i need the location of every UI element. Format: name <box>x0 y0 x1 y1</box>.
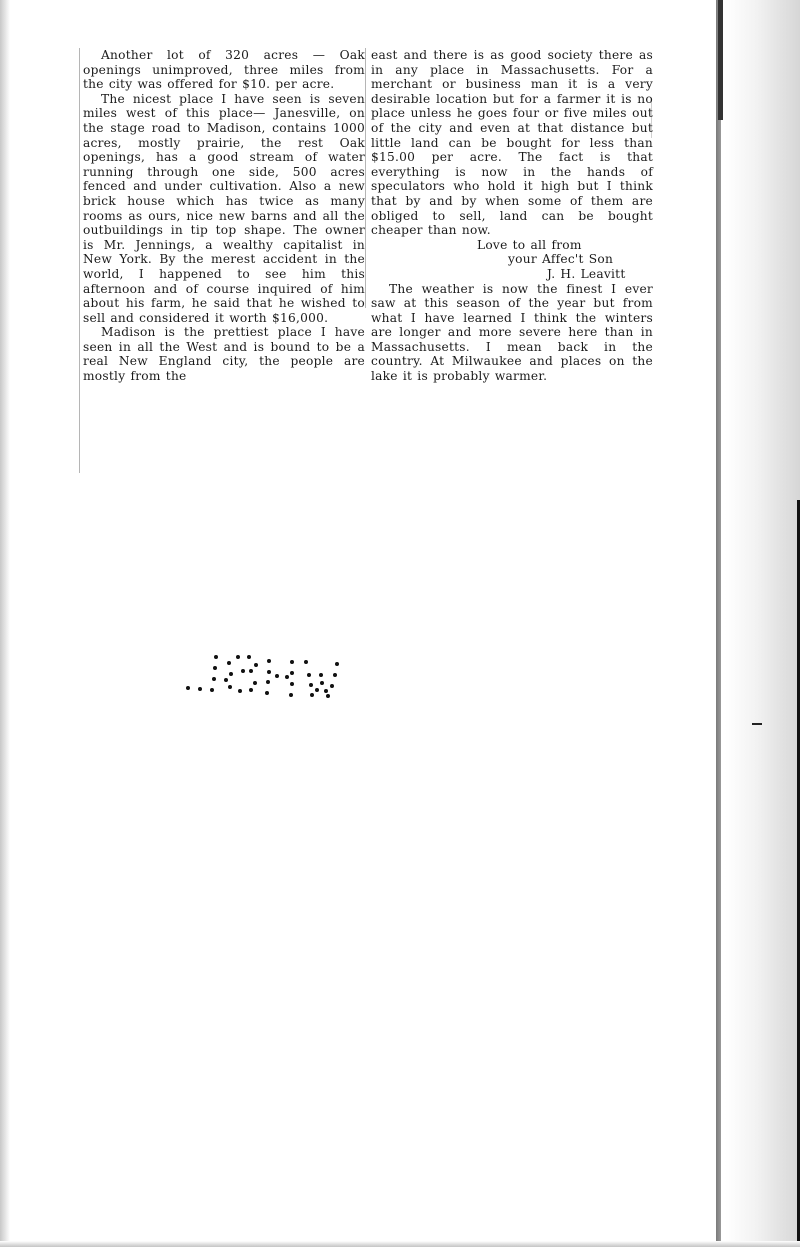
paragraph-janesville-farm: The nicest place I have seen is seven mi… <box>83 92 365 326</box>
right-column: east and there is as good society there … <box>371 48 653 384</box>
closing-line-2: your Affec't Son <box>371 252 653 267</box>
paragraph-society: east and there is as good society there … <box>371 48 653 238</box>
column-rule-left <box>79 48 80 473</box>
paragraph-postscript-weather: The weather is now the finest I ever saw… <box>371 282 653 384</box>
page-binding-line <box>716 0 721 1247</box>
column-rule-middle <box>365 48 366 308</box>
scan-right-shade <box>725 0 800 1247</box>
left-column: Another lot of 320 acres — Oak openings … <box>83 48 365 384</box>
letter-text-columns: Another lot of 320 acres — Oak openings … <box>79 48 647 473</box>
scan-left-edge <box>0 0 10 1247</box>
scan-bottom-edge <box>0 1241 800 1247</box>
perforation-stamp-icon <box>182 652 342 700</box>
page-binding-line-top <box>718 0 723 120</box>
signature: J. H. Leavitt <box>371 267 653 282</box>
edge-mark <box>752 723 762 725</box>
paragraph-land-offer: Another lot of 320 acres — Oak openings … <box>83 48 365 92</box>
paragraph-madison: Madison is the prettiest place I have se… <box>83 325 365 383</box>
closing-line-1: Love to all from <box>371 238 653 253</box>
